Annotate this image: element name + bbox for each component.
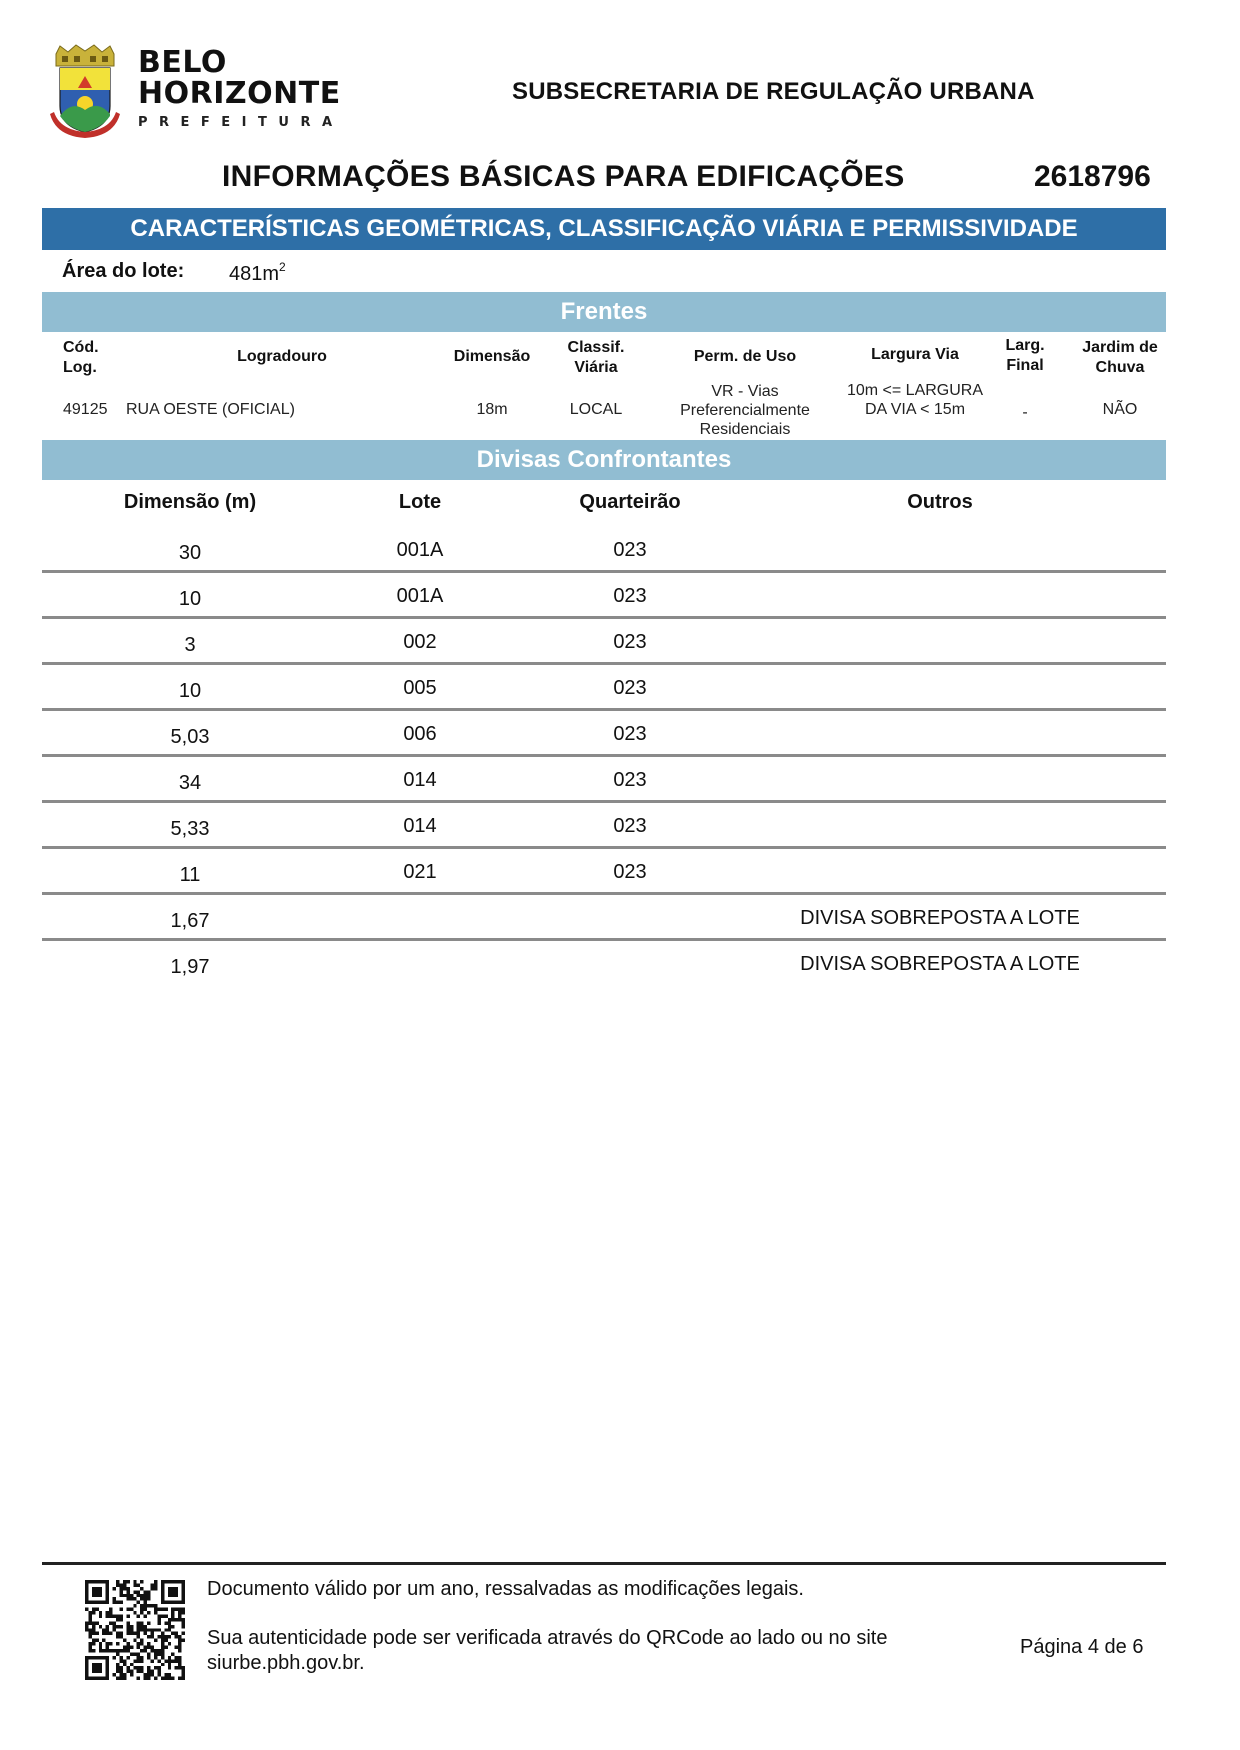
header-lote: Lote	[360, 491, 480, 514]
cell-dimensao: 11	[90, 864, 290, 887]
table-row: 34014023	[42, 757, 1166, 803]
cell-perm-uso-line3: Residenciais	[660, 420, 830, 439]
header-dimensao: Dimensão	[442, 347, 542, 367]
header-jardim-line2: Chuva	[1070, 358, 1170, 378]
cell-quarteirao: 023	[560, 631, 700, 654]
section-band: CARACTERÍSTICAS GEOMÉTRICAS, CLASSIFICAÇ…	[42, 208, 1166, 250]
cell-perm-uso-line2: Preferencialmente	[660, 401, 830, 420]
header-outros: Outros	[860, 491, 1020, 514]
qr-code-icon[interactable]	[85, 1580, 185, 1680]
header-cod-log-line2: Log.	[63, 358, 99, 378]
table-row: 5,03006023	[42, 711, 1166, 757]
cell-jardim-chuva: NÃO	[1070, 400, 1170, 419]
cell-dimensao: 34	[90, 772, 290, 795]
cell-lote: 001A	[360, 539, 480, 562]
coat-of-arms-icon	[46, 44, 124, 140]
cell-dimensao: 3	[90, 634, 290, 657]
cell-quarteirao: 023	[560, 585, 700, 608]
cell-lote: 005	[360, 677, 480, 700]
header-larg-final-line1: Larg.	[990, 336, 1060, 356]
page-number: Página 4 de 6	[1020, 1636, 1143, 1659]
divisas-band: Divisas Confrontantes	[42, 440, 1166, 480]
header-cod-log: Cód. Log.	[63, 338, 99, 378]
brand-line-3: PREFEITURA	[138, 116, 344, 129]
cell-lote: 021	[360, 861, 480, 884]
cell-lote: 006	[360, 723, 480, 746]
table-row: 10001A023	[42, 573, 1166, 619]
prefeitura-logo: BELO HORIZONTE PREFEITURA	[42, 42, 342, 142]
header-classif-viaria: Classif. Viária	[546, 338, 646, 378]
frentes-band: Frentes	[42, 292, 1166, 332]
cell-cod-log: 49125	[63, 400, 108, 419]
cell-largura-line2: DA VIA < 15m	[830, 400, 1000, 419]
cell-dimensao: 1,67	[90, 910, 290, 933]
table-row: 3002023	[42, 619, 1166, 665]
header-classif-line1: Classif.	[546, 338, 646, 358]
cell-dimensao: 18m	[442, 400, 542, 419]
cell-larg-final: -	[990, 403, 1060, 422]
area-value: 481m2	[229, 260, 286, 286]
header-dimensao-m: Dimensão (m)	[90, 491, 290, 514]
document-title: INFORMAÇÕES BÁSICAS PARA EDIFICAÇÕES	[222, 160, 905, 194]
cell-quarteirao: 023	[560, 769, 700, 792]
cell-quarteirao: 023	[560, 677, 700, 700]
area-number: 481m	[229, 263, 279, 285]
cell-dimensao: 5,03	[90, 726, 290, 749]
header-classif-line2: Viária	[546, 358, 646, 378]
validity-note: Documento válido por um ano, ressalvadas…	[207, 1578, 804, 1601]
cell-dimensao: 5,33	[90, 818, 290, 841]
table-row: 1,97DIVISA SOBREPOSTA A LOTE	[42, 941, 1166, 987]
cell-quarteirao: 023	[560, 723, 700, 746]
cell-dimensao: 10	[90, 588, 290, 611]
area-label: Área do lote:	[62, 260, 184, 283]
cell-lote: 002	[360, 631, 480, 654]
area-unit-superscript: 2	[279, 260, 286, 274]
subsecretaria-title: SUBSECRETARIA DE REGULAÇÃO URBANA	[512, 78, 1035, 106]
cell-quarteirao: 023	[560, 539, 700, 562]
table-row: 30001A023	[42, 527, 1166, 573]
cell-perm-uso-line1: VR - Vias	[660, 382, 830, 401]
cell-dimensao: 30	[90, 542, 290, 565]
footer-divider	[42, 1562, 1166, 1565]
header-cod-log-line1: Cód.	[63, 338, 99, 358]
cell-lote: 014	[360, 769, 480, 792]
cell-largura-line1: 10m <= LARGURA	[830, 381, 1000, 400]
header-jardim-chuva: Jardim de Chuva	[1070, 338, 1170, 378]
header-jardim-line1: Jardim de	[1070, 338, 1170, 358]
header-larg-final-line2: Final	[990, 356, 1060, 376]
cell-largura-via: 10m <= LARGURA DA VIA < 15m	[830, 381, 1000, 419]
header-logradouro: Logradouro	[222, 347, 342, 367]
table-row: 11021023	[42, 849, 1166, 895]
cell-dimensao: 1,97	[90, 956, 290, 979]
cell-perm-uso: VR - Vias Preferencialmente Residenciais	[660, 382, 830, 439]
header-larg-final: Larg. Final	[990, 336, 1060, 376]
cell-lote: 014	[360, 815, 480, 838]
cell-classif: LOCAL	[546, 400, 646, 419]
cell-outros: DIVISA SOBREPOSTA A LOTE	[770, 953, 1110, 976]
table-row: 5,33014023	[42, 803, 1166, 849]
cell-quarteirao: 023	[560, 815, 700, 838]
cell-quarteirao: 023	[560, 861, 700, 884]
document-number: 2618796	[1034, 160, 1151, 194]
cell-outros: DIVISA SOBREPOSTA A LOTE	[770, 907, 1110, 930]
header-quarteirao: Quarteirão	[560, 491, 700, 514]
table-row: 1,67DIVISA SOBREPOSTA A LOTE	[42, 895, 1166, 941]
cell-logradouro: RUA OESTE (OFICIAL)	[126, 400, 295, 419]
header-largura-via: Largura Via	[840, 345, 990, 365]
brand-line-2: HORIZONTE	[138, 79, 344, 109]
cell-dimensao: 10	[90, 680, 290, 703]
authenticity-note: Sua autenticidade pode ser verificada at…	[207, 1626, 967, 1676]
brand-line-1: BELO	[138, 48, 344, 78]
header-perm-uso: Perm. de Uso	[670, 347, 820, 367]
table-row: 10005023	[42, 665, 1166, 711]
cell-lote: 001A	[360, 585, 480, 608]
